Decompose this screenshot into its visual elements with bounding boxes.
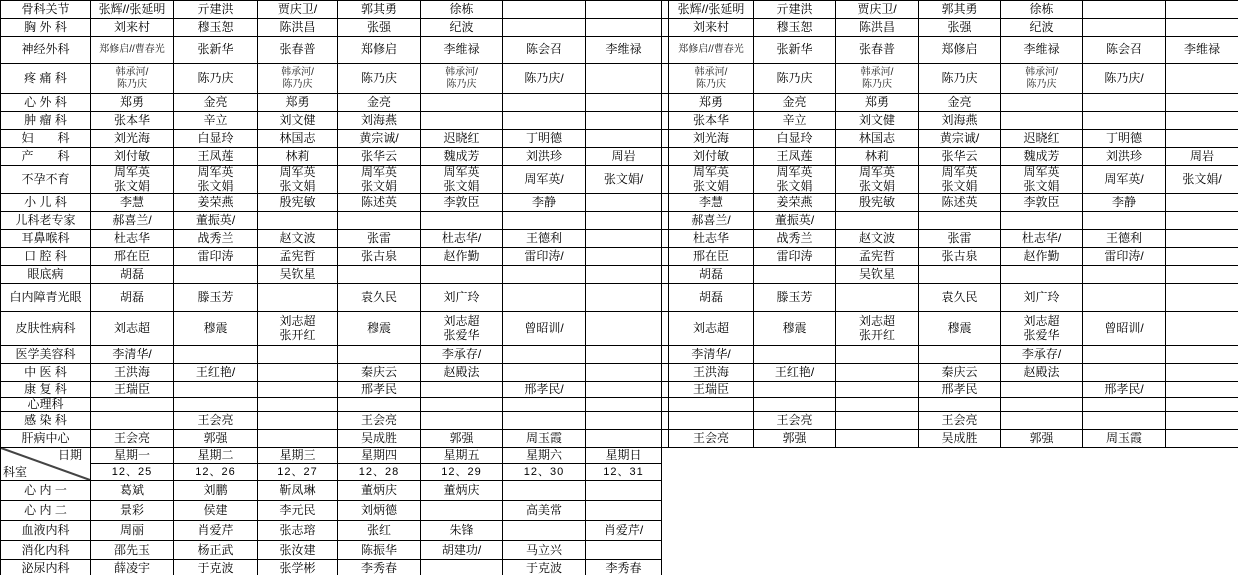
schedule-cell: 杜志华/ [421, 230, 503, 248]
schedule-table: 骨科关节张辉//张延明亓建洪贾庆卫/郭其勇徐栋张辉//张延明亓建洪贾庆卫/郭其勇… [0, 0, 1238, 575]
dept-cell: 泌尿内科 [1, 560, 91, 575]
schedule-cell: 周军英 张文娟 [174, 166, 258, 194]
schedule-cell [1001, 412, 1083, 430]
schedule-cell: 张志瑢 [258, 521, 338, 541]
dept-cell: 口 腔 科 [1, 248, 91, 266]
schedule-cell: 张强 [338, 19, 421, 37]
day-header-cell: 星期四 [338, 448, 421, 464]
table-row: 妇 科刘光海白显玲林国志黄宗诚/迟晓红丁明德刘光海白显玲林国志黄宗诚/迟晓红丁明… [1, 130, 1238, 148]
dept-cell: 血液内科 [1, 521, 91, 541]
schedule-cell [421, 266, 503, 284]
schedule-cell [258, 412, 338, 430]
schedule-cell [503, 1, 586, 19]
schedule-cell [174, 346, 258, 364]
schedule-cell: 郑勇 [258, 94, 338, 112]
schedule-cell: 王瑞臣 [669, 382, 754, 398]
schedule-cell: 贾庆卫/ [836, 1, 919, 19]
schedule-cell: 陈乃庆/ [1083, 64, 1166, 94]
block-spacer [662, 312, 669, 346]
dept-cell: 儿科老专家 [1, 212, 91, 230]
schedule-cell: 杜志华/ [1001, 230, 1083, 248]
schedule-cell [1166, 130, 1238, 148]
table-row: 肿 瘤 科张本华辛立刘文健刘海燕张本华辛立刘文健刘海燕 [1, 112, 1238, 130]
schedule-cell: 靳凤琳 [258, 481, 338, 501]
schedule-cell: 张新华 [754, 37, 836, 64]
block-spacer [662, 94, 669, 112]
schedule-cell: 纪波 [421, 19, 503, 37]
schedule-cell: 李秀春 [586, 560, 662, 575]
schedule-cell [1166, 64, 1238, 94]
table-row: 不孕不育周军英 张文娟周军英 张文娟周军英 张文娟周军英 张文娟周军英 张文娟周… [1, 166, 1238, 194]
schedule-cell: 于克波 [174, 560, 258, 575]
day-header-cell: 星期六 [503, 448, 586, 464]
schedule-cell: 王洪海 [91, 364, 174, 382]
schedule-cell [586, 230, 662, 248]
schedule-cell: 吴钦星 [258, 266, 338, 284]
schedule-cell [1166, 266, 1238, 284]
schedule-cell: 雷印涛/ [1083, 248, 1166, 266]
block-spacer [662, 430, 669, 448]
schedule-cell: 穆震 [174, 312, 258, 346]
table-row: 医学美容科李清华/李承存/李清华/李承存/ [1, 346, 1238, 364]
schedule-cell: 林莉 [836, 148, 919, 166]
schedule-cell: 雷印涛 [754, 248, 836, 266]
schedule-cell: 袁久民 [919, 284, 1001, 312]
table-row: 耳鼻喉科杜志华战秀兰赵文波张雷杜志华/王德利杜志华战秀兰赵文波张雷杜志华/王德利 [1, 230, 1238, 248]
table-row: 心 内 二景彩侯建李元民刘炳德高美常 [1, 501, 1238, 521]
schedule-cell [1166, 382, 1238, 398]
schedule-cell [836, 284, 919, 312]
schedule-cell [1083, 94, 1166, 112]
schedule-cell [1083, 364, 1166, 382]
schedule-cell [586, 212, 662, 230]
schedule-cell [1166, 112, 1238, 130]
empty-area [662, 560, 1238, 575]
schedule-cell [586, 364, 662, 382]
schedule-cell: 薛凌宇 [91, 560, 174, 575]
block-spacer [662, 194, 669, 212]
block-spacer [662, 284, 669, 312]
schedule-cell: 吴钦星 [836, 266, 919, 284]
dept-cell: 肝病中心 [1, 430, 91, 448]
schedule-cell: 白显玲 [174, 130, 258, 148]
schedule-cell: 刘洪珍 [503, 148, 586, 166]
schedule-cell [586, 382, 662, 398]
schedule-cell: 王会亮 [919, 412, 1001, 430]
schedule-cell: 周军英 张文娟 [91, 166, 174, 194]
schedule-cell: 刘鹏 [174, 481, 258, 501]
schedule-cell: 张华云 [919, 148, 1001, 166]
schedule-cell [503, 398, 586, 412]
schedule-cell: 郑修启 [338, 37, 421, 64]
schedule-cell: 穆震 [754, 312, 836, 346]
schedule-cell: 穆震 [338, 312, 421, 346]
schedule-cell: 李敦臣 [1001, 194, 1083, 212]
dept-cell: 心 内 一 [1, 481, 91, 501]
day-header-cell: 星期二 [174, 448, 258, 464]
schedule-cell: 周军英 张文娟 [1001, 166, 1083, 194]
schedule-cell: 金亮 [754, 94, 836, 112]
block-spacer [662, 112, 669, 130]
schedule-cell: 董振英/ [754, 212, 836, 230]
block-spacer [662, 230, 669, 248]
schedule-cell: 殷宪敏 [258, 194, 338, 212]
schedule-sheet: 骨科关节张辉//张延明亓建洪贾庆卫/郭其勇徐栋张辉//张延明亓建洪贾庆卫/郭其勇… [0, 0, 1238, 575]
schedule-cell: 于克波 [503, 560, 586, 575]
schedule-cell: 刘海燕 [338, 112, 421, 130]
table-row: 日期科室星期一星期二星期三星期四星期五星期六星期日 [1, 448, 1238, 464]
schedule-cell [421, 501, 503, 521]
schedule-cell: 李静 [503, 194, 586, 212]
schedule-cell [586, 112, 662, 130]
schedule-cell: 刘志超 张开红 [258, 312, 338, 346]
table-row: 心 外 科郑勇金亮郑勇金亮郑勇金亮郑勇金亮 [1, 94, 1238, 112]
schedule-cell: 李元民 [258, 501, 338, 521]
schedule-cell [586, 1, 662, 19]
schedule-cell [754, 266, 836, 284]
schedule-cell: 邢孝民 [338, 382, 421, 398]
block-spacer [662, 212, 669, 230]
dept-cell: 眼底病 [1, 266, 91, 284]
schedule-cell: 金亮 [174, 94, 258, 112]
schedule-cell: 刘付敏 [91, 148, 174, 166]
schedule-cell [258, 430, 338, 448]
schedule-cell: 陈乃庆 [754, 64, 836, 94]
schedule-cell: 郭强 [754, 430, 836, 448]
schedule-cell: 刘光海 [91, 130, 174, 148]
empty-area [662, 481, 1238, 501]
schedule-cell: 杜志华 [91, 230, 174, 248]
schedule-cell: 杜志华 [669, 230, 754, 248]
schedule-cell: 王红艳/ [174, 364, 258, 382]
schedule-cell [421, 212, 503, 230]
schedule-cell: 王凤莲 [754, 148, 836, 166]
schedule-cell [91, 398, 174, 412]
schedule-cell: 张辉//张延明 [91, 1, 174, 19]
schedule-cell: 战秀兰 [754, 230, 836, 248]
schedule-cell: 邢在臣 [91, 248, 174, 266]
schedule-cell: 曾昭训/ [503, 312, 586, 346]
schedule-cell: 王红艳/ [754, 364, 836, 382]
schedule-cell [503, 266, 586, 284]
schedule-cell: 周军英 张文娟 [754, 166, 836, 194]
schedule-cell: 韩承河/ 陈乃庆 [91, 64, 174, 94]
schedule-cell: 黄宗诚/ [919, 130, 1001, 148]
schedule-cell: 刘志超 [91, 312, 174, 346]
schedule-cell: 周军英 张文娟 [258, 166, 338, 194]
table-row: 皮肤性病科刘志超穆震刘志超 张开红穆震刘志超 张爱华曾昭训/刘志超穆震刘志超 张… [1, 312, 1238, 346]
schedule-cell: 郑修启//曹春光 [669, 37, 754, 64]
schedule-cell [1083, 19, 1166, 37]
schedule-cell: 刘来村 [91, 19, 174, 37]
dept-cell: 消化内科 [1, 541, 91, 560]
schedule-cell: 张春普 [258, 37, 338, 64]
table-row: 血液内科周丽肖爱芹张志瑢张红朱锋肖爱芹/ [1, 521, 1238, 541]
schedule-cell: 张红 [338, 521, 421, 541]
schedule-cell [586, 481, 662, 501]
schedule-cell [258, 212, 338, 230]
schedule-cell: 张文娟/ [1166, 166, 1238, 194]
schedule-cell [586, 430, 662, 448]
schedule-cell [1166, 248, 1238, 266]
table-row: 口 腔 科邢在臣雷印涛孟宪哲张古泉赵作勤雷印涛/邢在臣雷印涛孟宪哲张古泉赵作勤雷… [1, 248, 1238, 266]
schedule-cell [1166, 284, 1238, 312]
day-header-cell: 星期一 [91, 448, 174, 464]
schedule-cell [174, 266, 258, 284]
schedule-cell: 郭其勇 [338, 1, 421, 19]
table-row: 胸 外 科刘来村穆玉恕陈洪昌张强纪波刘来村穆玉恕陈洪昌张强纪波 [1, 19, 1238, 37]
schedule-cell: 穆玉恕 [174, 19, 258, 37]
schedule-cell [503, 94, 586, 112]
schedule-cell: 张汝建 [258, 541, 338, 560]
schedule-cell [91, 412, 174, 430]
schedule-cell: 胡磊 [91, 266, 174, 284]
day-header-cell: 星期三 [258, 448, 338, 464]
schedule-cell: 战秀兰 [174, 230, 258, 248]
schedule-cell: 郑修启//曹春光 [91, 37, 174, 64]
dept-cell: 肿 瘤 科 [1, 112, 91, 130]
schedule-cell [919, 398, 1001, 412]
dept-cell: 耳鼻喉科 [1, 230, 91, 248]
schedule-cell: 王德利 [503, 230, 586, 248]
schedule-cell: 郑勇 [836, 94, 919, 112]
schedule-cell [503, 112, 586, 130]
schedule-cell: 孟宪哲 [258, 248, 338, 266]
dept-cell: 皮肤性病科 [1, 312, 91, 346]
schedule-cell [919, 212, 1001, 230]
schedule-cell [836, 398, 919, 412]
dept-cell: 妇 科 [1, 130, 91, 148]
dept-cell: 心 外 科 [1, 94, 91, 112]
schedule-cell: 刘来村 [669, 19, 754, 37]
schedule-cell: 刘光海 [669, 130, 754, 148]
schedule-cell [1083, 266, 1166, 284]
dept-cell: 产 科 [1, 148, 91, 166]
schedule-cell: 周军英 张文娟 [669, 166, 754, 194]
schedule-cell: 秦庆云 [338, 364, 421, 382]
schedule-cell: 景彩 [91, 501, 174, 521]
schedule-cell: 董炳庆 [421, 481, 503, 501]
schedule-cell: 李清华/ [669, 346, 754, 364]
schedule-cell: 刘海燕 [919, 112, 1001, 130]
schedule-cell [669, 398, 754, 412]
schedule-cell: 胡建功/ [421, 541, 503, 560]
schedule-cell: 陈振华 [338, 541, 421, 560]
schedule-cell: 陈乃庆/ [503, 64, 586, 94]
schedule-cell [836, 382, 919, 398]
schedule-cell [836, 212, 919, 230]
schedule-cell: 张辉//张延明 [669, 1, 754, 19]
schedule-cell: 周玉霞 [1083, 430, 1166, 448]
schedule-cell: 王会亮 [338, 412, 421, 430]
schedule-cell: 张本华 [669, 112, 754, 130]
schedule-cell: 周军英 张文娟 [421, 166, 503, 194]
schedule-cell: 陈洪昌 [258, 19, 338, 37]
schedule-cell: 魏成芳 [421, 148, 503, 166]
schedule-cell: 高美常 [503, 501, 586, 521]
schedule-cell: 周玉霞 [503, 430, 586, 448]
schedule-cell [503, 212, 586, 230]
schedule-cell [421, 412, 503, 430]
schedule-cell: 周岩 [586, 148, 662, 166]
schedule-cell: 姜荣燕 [174, 194, 258, 212]
schedule-cell: 郑勇 [91, 94, 174, 112]
schedule-cell [586, 398, 662, 412]
empty-area [662, 501, 1238, 521]
schedule-cell [503, 521, 586, 541]
schedule-cell: 赵文波 [836, 230, 919, 248]
schedule-cell: 胡磊 [91, 284, 174, 312]
date-cell: 12、31 [586, 464, 662, 481]
schedule-cell [919, 346, 1001, 364]
schedule-cell [836, 430, 919, 448]
day-header-cell: 星期五 [421, 448, 503, 464]
schedule-cell: 陈述英 [919, 194, 1001, 212]
schedule-cell: 刘付敏 [669, 148, 754, 166]
schedule-cell: 滕玉芳 [174, 284, 258, 312]
schedule-cell [338, 346, 421, 364]
schedule-cell: 陈乃庆 [174, 64, 258, 94]
schedule-cell [1166, 346, 1238, 364]
dept-cell: 医学美容科 [1, 346, 91, 364]
dept-cell: 胸 外 科 [1, 19, 91, 37]
schedule-cell [586, 266, 662, 284]
schedule-cell [586, 248, 662, 266]
schedule-cell [338, 212, 421, 230]
empty-area [662, 541, 1238, 560]
schedule-cell: 刘广玲 [421, 284, 503, 312]
schedule-cell: 李维禄 [1166, 37, 1238, 64]
schedule-cell: 吴成胜 [919, 430, 1001, 448]
schedule-cell [586, 541, 662, 560]
table-row: 康 复 科王瑞臣邢孝民邢孝民/王瑞臣邢孝民邢孝民/ [1, 382, 1238, 398]
schedule-cell: 曾昭训/ [1083, 312, 1166, 346]
schedule-cell: 李慧 [91, 194, 174, 212]
schedule-cell [1001, 398, 1083, 412]
date-cell: 12、27 [258, 464, 338, 481]
schedule-cell: 杨正武 [174, 541, 258, 560]
schedule-cell: 郭强 [421, 430, 503, 448]
schedule-cell: 韩承河/ 陈乃庆 [258, 64, 338, 94]
table-row: 心 内 一葛斌刘鹏靳凤琳董炳庆董炳庆 [1, 481, 1238, 501]
schedule-cell: 朱锋 [421, 521, 503, 541]
schedule-cell: 李承存/ [1001, 346, 1083, 364]
schedule-cell: 雷印涛 [174, 248, 258, 266]
table-row: 中 医 科王洪海王红艳/秦庆云赵殿法王洪海王红艳/秦庆云赵殿法 [1, 364, 1238, 382]
schedule-cell [1166, 430, 1238, 448]
schedule-cell [586, 19, 662, 37]
bottom-block-body: 日期科室星期一星期二星期三星期四星期五星期六星期日12、2512、2612、27… [1, 448, 1238, 575]
schedule-cell: 滕玉芳 [754, 284, 836, 312]
schedule-cell: 葛斌 [91, 481, 174, 501]
schedule-cell [586, 412, 662, 430]
schedule-cell: 贾庆卫/ [258, 1, 338, 19]
schedule-cell: 刘炳德 [338, 501, 421, 521]
schedule-cell [421, 560, 503, 575]
schedule-cell: 王会亮 [754, 412, 836, 430]
table-row: 疼 痛 科韩承河/ 陈乃庆陈乃庆韩承河/ 陈乃庆陈乃庆韩承河/ 陈乃庆陈乃庆/韩… [1, 64, 1238, 94]
schedule-cell [1083, 1, 1166, 19]
schedule-cell: 丁明德 [503, 130, 586, 148]
schedule-cell: 周军英 张文娟 [919, 166, 1001, 194]
schedule-cell: 韩承河/ 陈乃庆 [1001, 64, 1083, 94]
schedule-cell: 纪波 [1001, 19, 1083, 37]
schedule-cell: 陈会召 [1083, 37, 1166, 64]
schedule-cell: 辛立 [754, 112, 836, 130]
schedule-cell [1166, 19, 1238, 37]
schedule-cell [503, 346, 586, 364]
dept-cell: 小 儿 科 [1, 194, 91, 212]
schedule-cell [586, 130, 662, 148]
schedule-cell: 邢孝民/ [1083, 382, 1166, 398]
dept-cell: 疼 痛 科 [1, 64, 91, 94]
schedule-cell: 陈会召 [503, 37, 586, 64]
schedule-cell: 李敦臣 [421, 194, 503, 212]
schedule-cell: 陈乃庆 [919, 64, 1001, 94]
schedule-cell [1001, 266, 1083, 284]
schedule-cell [258, 382, 338, 398]
block-spacer [662, 266, 669, 284]
schedule-cell [258, 284, 338, 312]
schedule-cell: 张学彬 [258, 560, 338, 575]
schedule-cell: 姜荣燕 [754, 194, 836, 212]
schedule-cell: 郝喜兰/ [669, 212, 754, 230]
corner-label-dept: 科室 [3, 466, 27, 479]
schedule-cell: 刘洪珍 [1083, 148, 1166, 166]
schedule-cell: 吴成胜 [338, 430, 421, 448]
schedule-cell [754, 382, 836, 398]
schedule-cell: 陈洪昌 [836, 19, 919, 37]
schedule-cell: 李承存/ [421, 346, 503, 364]
schedule-cell [503, 364, 586, 382]
schedule-cell [586, 64, 662, 94]
schedule-cell [1083, 284, 1166, 312]
schedule-cell: 王会亮 [174, 412, 258, 430]
schedule-cell: 周岩 [1166, 148, 1238, 166]
schedule-cell: 刘志超 张开红 [836, 312, 919, 346]
table-row: 感 染 科王会亮王会亮王会亮王会亮 [1, 412, 1238, 430]
schedule-cell [586, 346, 662, 364]
schedule-cell: 王会亮 [669, 430, 754, 448]
schedule-cell: 邢孝民 [919, 382, 1001, 398]
schedule-cell: 林国志 [836, 130, 919, 148]
schedule-cell: 迟晓红 [421, 130, 503, 148]
schedule-cell: 董炳庆 [338, 481, 421, 501]
schedule-cell: 刘志超 张爱华 [1001, 312, 1083, 346]
schedule-cell: 陈述英 [338, 194, 421, 212]
block-spacer [662, 19, 669, 37]
schedule-cell: 金亮 [919, 94, 1001, 112]
upper-block-body: 骨科关节张辉//张延明亓建洪贾庆卫/郭其勇徐栋张辉//张延明亓建洪贾庆卫/郭其勇… [1, 1, 1238, 448]
schedule-cell: 赵文波 [258, 230, 338, 248]
schedule-cell [1166, 412, 1238, 430]
table-row: 产 科刘付敏王凤莲林莉张华云魏成芳刘洪珍周岩刘付敏王凤莲林莉张华云魏成芳刘洪珍周… [1, 148, 1238, 166]
schedule-cell: 王会亮 [91, 430, 174, 448]
schedule-cell: 黄宗诚/ [338, 130, 421, 148]
schedule-cell: 胡磊 [669, 266, 754, 284]
schedule-cell: 秦庆云 [919, 364, 1001, 382]
date-cell: 12、28 [338, 464, 421, 481]
schedule-cell: 马立兴 [503, 541, 586, 560]
schedule-cell: 周军英 张文娟 [836, 166, 919, 194]
schedule-cell: 邵先玉 [91, 541, 174, 560]
schedule-cell [503, 412, 586, 430]
schedule-cell [1166, 212, 1238, 230]
block-spacer [662, 412, 669, 430]
schedule-cell [421, 382, 503, 398]
schedule-cell: 赵殿法 [421, 364, 503, 382]
schedule-cell: 李秀春 [338, 560, 421, 575]
